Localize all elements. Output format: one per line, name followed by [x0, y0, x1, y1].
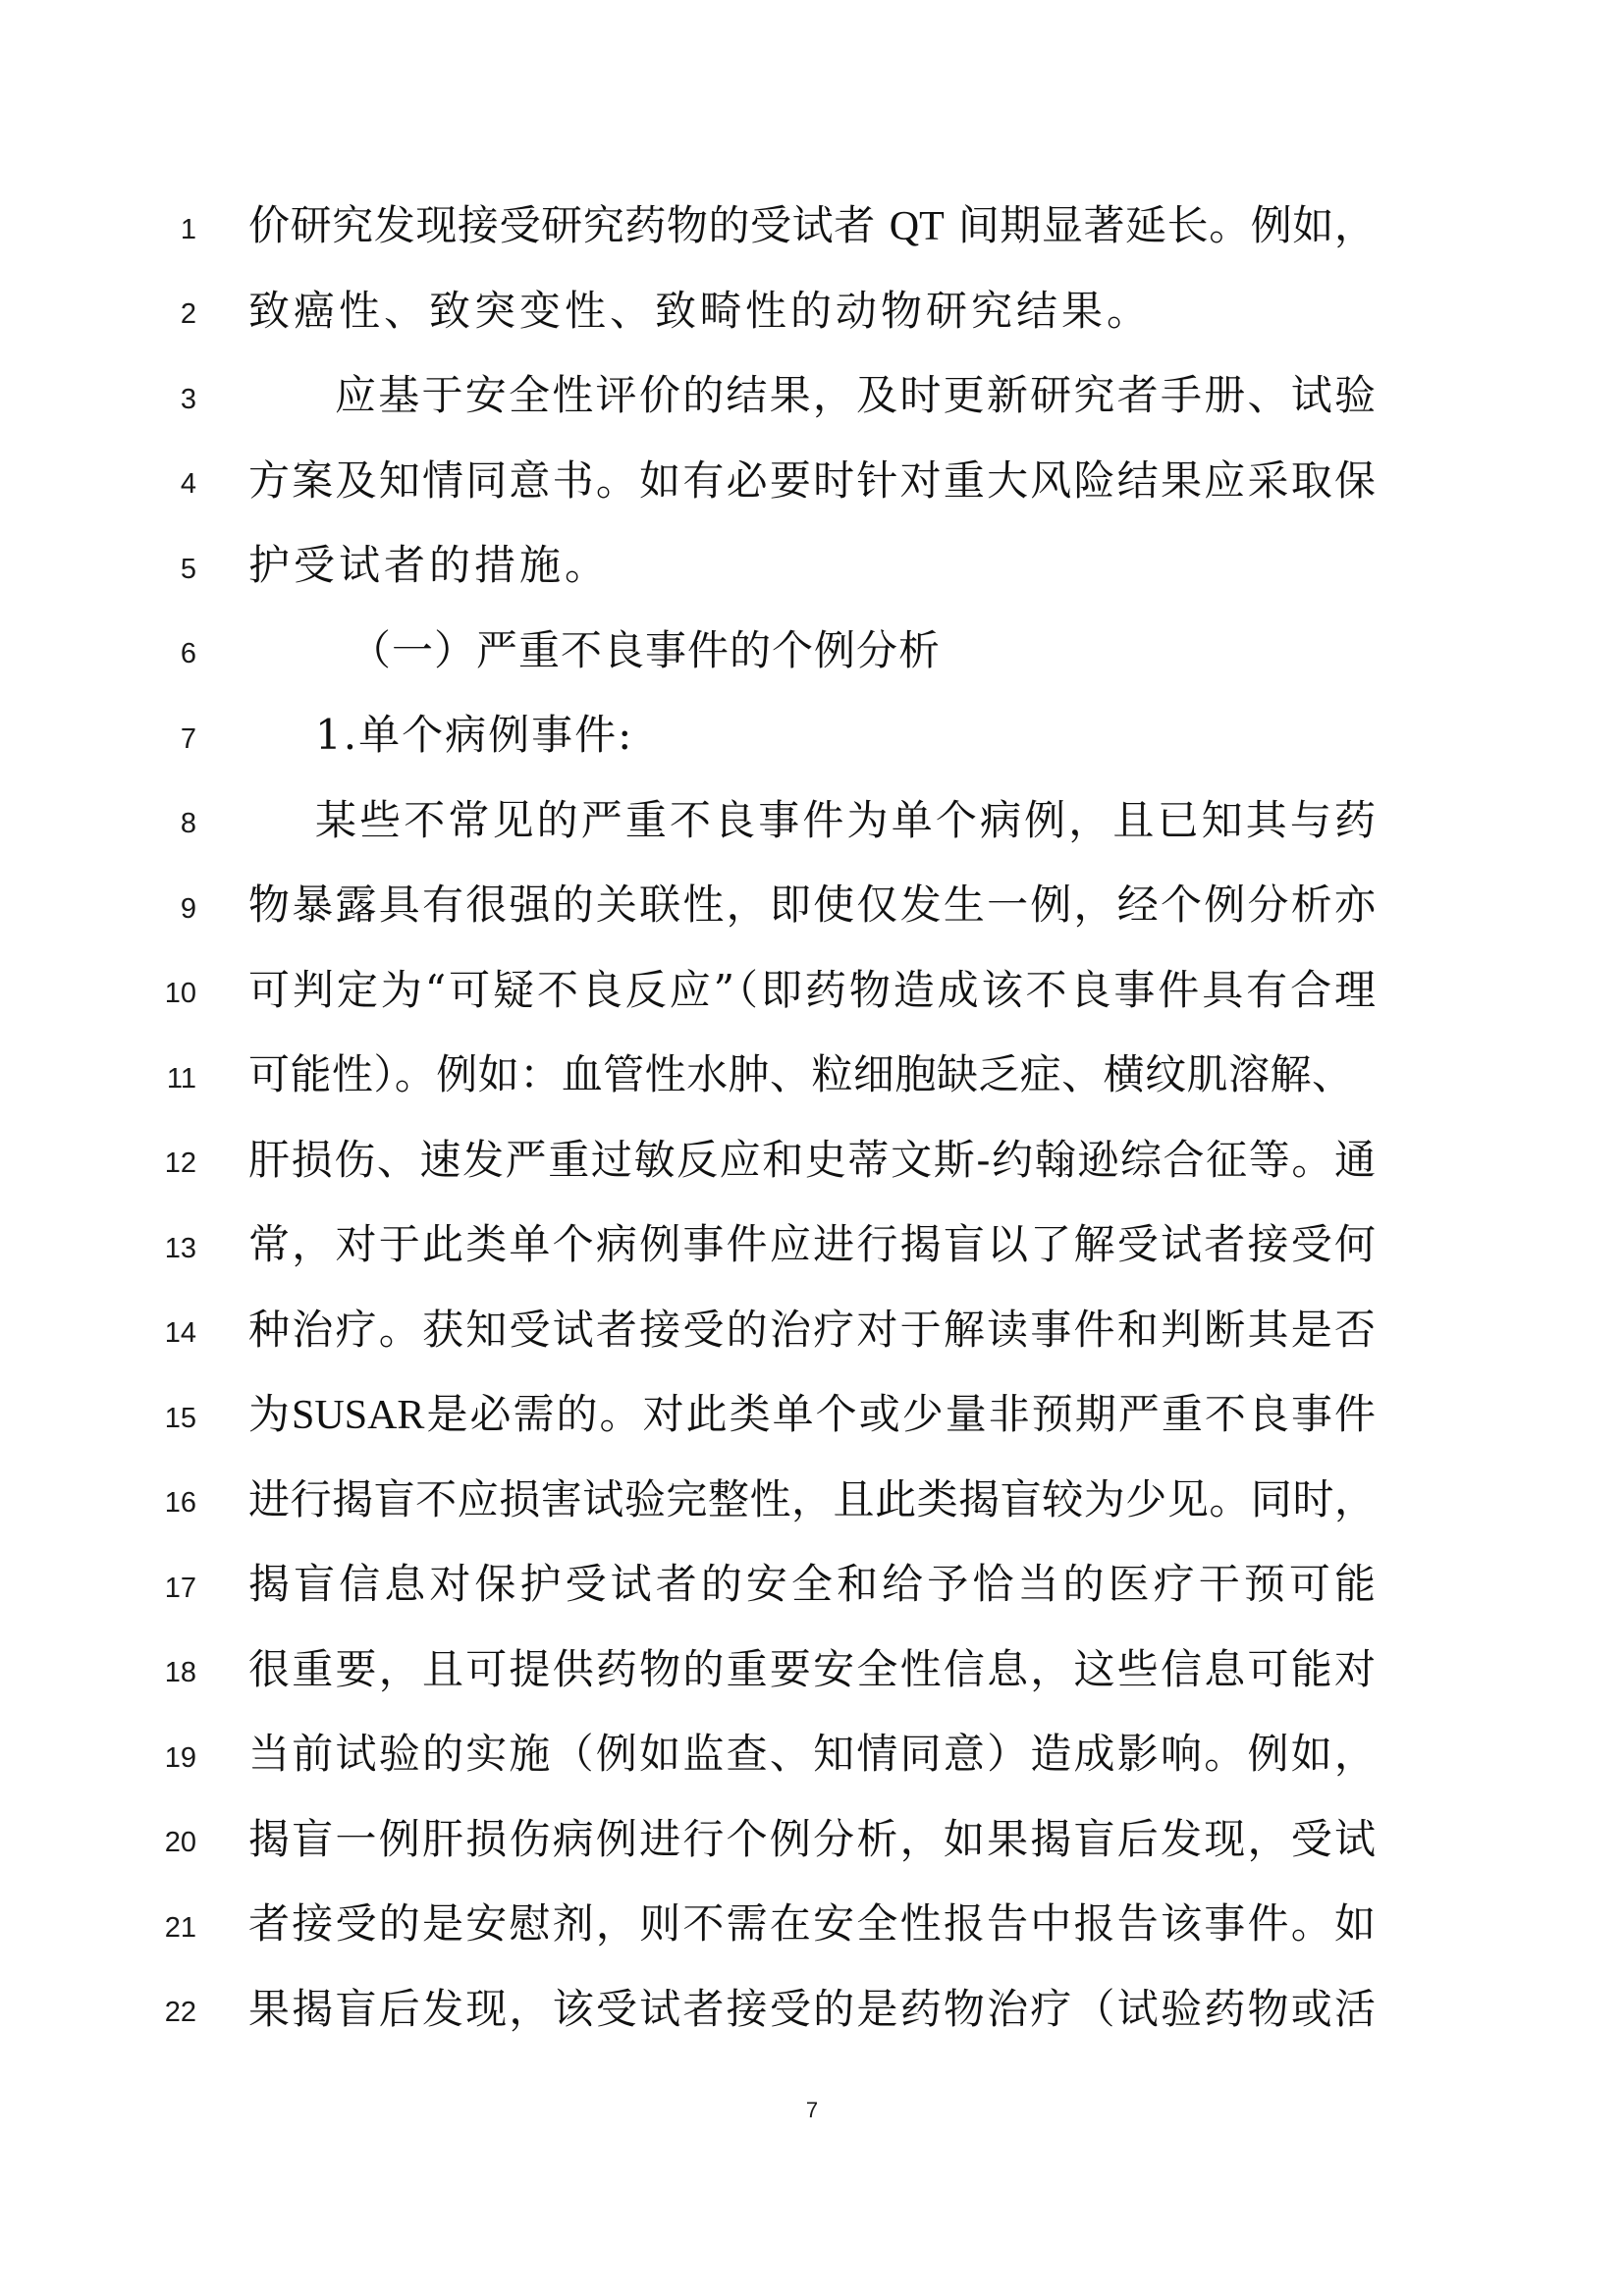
body-text-line: 价研究发现接受研究药物的受试者 QT 间期显著延长。例如， — [248, 201, 1376, 250]
document-page: 1 2 3 4 5 6 7 8 9 10 11 12 13 14 15 16 1… — [0, 0, 1624, 2296]
body-text-line: 很重要，且可提供药物的重要安全性信息，这些信息可能对 — [248, 1645, 1376, 1694]
line-number: 9 — [137, 889, 196, 929]
line-number: 20 — [137, 1823, 196, 1862]
term-susar: SUSAR — [292, 1393, 424, 1438]
line-number: 10 — [137, 974, 196, 1013]
line-number: 13 — [137, 1229, 196, 1268]
body-text-line: 果揭盲后发现，该受试者接受的是药物治疗（试验药物或活 — [248, 1985, 1376, 2034]
line-number: 6 — [137, 634, 196, 673]
line-number: 22 — [137, 1993, 196, 2032]
line-number: 1 — [137, 210, 196, 249]
line-number: 7 — [137, 720, 196, 759]
term-qt: QT — [890, 204, 945, 249]
body-text-line: 种治疗。获知受试者接受的治疗对于解读事件和判断其是否 — [248, 1306, 1376, 1355]
body-text-line: 护受试者的措施。 — [248, 541, 610, 590]
section-heading: （一）严重不良事件的个例分析 — [350, 626, 941, 675]
body-text-line: 常，对于此类单个病例事件应进行揭盲以了解受试者接受何 — [248, 1220, 1376, 1269]
body-text-line: 当前试验的实施（例如监查、知情同意）造成影响。例如， — [248, 1730, 1376, 1779]
body-text-line: 可能性）。例如：血管性水肿、粒细胞缺乏症、横纹肌溶解、 — [248, 1050, 1353, 1099]
line-number: 2 — [137, 294, 196, 334]
text-run: 价研究发现接受研究药物的受试者 — [248, 201, 876, 249]
body-text-line: 致癌性、致突变性、致畸性的动物研究结果。 — [248, 287, 1152, 336]
body-text-line: 进行揭盲不应损害试验完整性，且此类揭盲较为少见。同时， — [248, 1475, 1376, 1524]
text-run: 是必需的。对此类单个或少量非预期严重不良事件 — [424, 1390, 1376, 1438]
line-number: 3 — [137, 380, 196, 419]
paragraph-first-line: 某些不常见的严重不良事件为单个病例，且已知其与药 — [315, 796, 1376, 845]
page-number: 7 — [795, 2097, 829, 2124]
body-text-line: 为SUSAR是必需的。对此类单个或少量非预期严重不良事件 — [248, 1390, 1376, 1439]
body-text-line: 物暴露具有很强的关联性，即使仅发生一例，经个例分析亦 — [248, 881, 1376, 930]
line-number: 12 — [137, 1144, 196, 1183]
body-text-line: 肝损伤、速发严重过敏反应和史蒂文斯-约翰逊综合征等。通 — [248, 1136, 1376, 1185]
line-number: 15 — [137, 1399, 196, 1438]
line-number: 21 — [137, 1908, 196, 1948]
line-number: 11 — [137, 1059, 196, 1098]
line-number: 18 — [137, 1653, 196, 1692]
body-text-line: 揭盲信息对保护受试者的安全和给予恰当的医疗干预可能 — [248, 1560, 1376, 1609]
text-run: 为 — [248, 1390, 292, 1438]
line-number: 14 — [137, 1313, 196, 1353]
body-text-line: 可判定为“可疑不良反应”（即药物造成该不良事件具有合理 — [248, 966, 1376, 1015]
text-run: 间期显著延长。例如， — [958, 201, 1376, 249]
line-number: 4 — [137, 464, 196, 504]
body-text-line: 者接受的是安慰剂，则不需在安全性报告中报告该事件。如 — [248, 1899, 1376, 1949]
line-number: 8 — [137, 804, 196, 843]
line-number: 5 — [137, 550, 196, 589]
line-number: 17 — [137, 1569, 196, 1608]
paragraph-first-line: 应基于安全性评价的结果，及时更新研究者手册、试验 — [335, 371, 1376, 420]
body-text-line: 方案及知情同意书。如有必要时针对重大风险结果应采取保 — [248, 456, 1376, 506]
subsection-heading: 1.单个病例事件: — [315, 711, 633, 760]
line-number: 16 — [137, 1483, 196, 1522]
body-text-line: 揭盲一例肝损伤病例进行个例分析，如果揭盲后发现，受试 — [248, 1815, 1376, 1864]
line-number: 19 — [137, 1738, 196, 1778]
